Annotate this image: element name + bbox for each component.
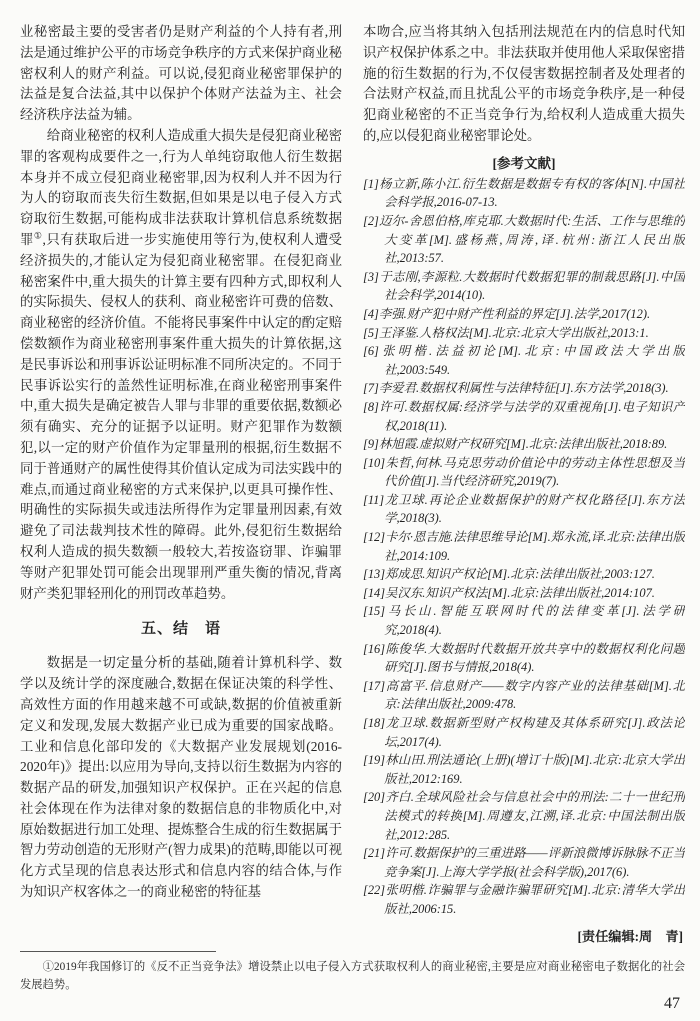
reference-item: [8]许可.数据权属:经济学与法学的双重视角[J].电子知识产权,2018(11… [363,398,685,435]
left-column: 业秘密最主要的受害者仍是财产利益的个人持有者,刑法是通过维护公平的市场竞争秩序的… [20,22,342,948]
responsible-editor-note: [责任编辑:周 青] [363,926,685,945]
right-column: 本吻合,应当将其纳入包括刑法规范在内的信息时代知识产权保护体系之中。非法获取并使… [363,22,685,948]
journal-page: 业秘密最主要的受害者仍是财产利益的个人持有者,刑法是通过维护公平的市场竞争秩序的… [0,0,700,1021]
reference-item: [10]朱哲,何林.马克思劳动价值论中的劳动主体性思想及当代价值[J].当代经济… [363,454,685,491]
body-paragraph: 给商业秘密的权利人造成重大损失是侵犯商业秘密罪的客观构成要件之一,行为人单纯窃取… [20,126,342,604]
reference-item: [4]李强.财产犯中财产性利益的界定[J].法学,2017(12). [363,305,685,324]
reference-item: [21]许可.数据保护的三重进路——评新浪微博诉脉脉不正当竞争案[J].上海大学… [363,844,685,881]
reference-item: [17]高富平.信息财产——数字内容产业的法律基础[M].北京:法律出版社,20… [363,677,685,714]
reference-item: [1]杨立新,陈小江.衍生数据是数据专有权的客体[N].中国社会科学报,2016… [363,175,685,212]
references-list: [1]杨立新,陈小江.衍生数据是数据专有权的客体[N].中国社会科学报,2016… [363,175,685,919]
reference-item: [11]龙卫球.再论企业数据保护的财产权化路径[J].东方法学,2018(3). [363,491,685,528]
reference-item: [16]陈俊华.大数据时代数据开放共享中的数据权利化问题研究[J].图书与情报,… [363,640,685,677]
reference-item: [13]郑成思.知识产权论[M].北京:法律出版社,2003:127. [363,565,685,584]
reference-item: [19]林山田.刑法通论(上册)(增订十版)[M].北京:北京大学出版社,201… [363,751,685,788]
reference-item: [2]迈尔-舍恩伯格,库克耶.大数据时代:生活、工作与思维的大变革[M].盛杨燕… [363,212,685,268]
paragraph-text-before-footnote: 给商业秘密的权利人造成重大损失是侵犯商业秘密罪的客观构成要件之一,行为人单纯窃取… [20,128,342,247]
footnote-text: ①2019年我国修订的《反不正当竞争法》增设禁止以电子侵入方式获取权利人的商业秘… [20,958,685,994]
reference-item: [6]张明楷.法益初论[M].北京:中国政法大学出版社,2003:549. [363,342,685,379]
reference-item: [3]于志刚,李源粒.大数据时代数据犯罪的制裁思路[J].中国社会科学,2014… [363,268,685,305]
reference-item: [18]龙卫球.数据新型财产权构建及其体系研究[J].政法论坛,2017(4). [363,714,685,751]
footnote-area: ①2019年我国修订的《反不正当竞争法》增设禁止以电子侵入方式获取权利人的商业秘… [20,951,685,994]
body-paragraph: 数据是一切定量分析的基础,随着计算机科学、数学以及统计学的深度融合,数据在保证决… [20,653,342,903]
reference-item: [20]齐白.全球风险社会与信息社会中的刑法:二十一世纪刑法模式的转换[M].周… [363,788,685,844]
reference-item: [14]吴汉东.知识产权法[M].北京:法律出版社,2014:107. [363,584,685,603]
reference-item: [7]李爱君.数据权利属性与法律特征[J].东方法学,2018(3). [363,379,685,398]
body-paragraph-continuation: 业秘密最主要的受害者仍是财产利益的个人持有者,刑法是通过维护公平的市场竞争秩序的… [20,22,342,126]
page-number: 47 [664,995,680,1013]
reference-item: [9]林旭霞.虚拟财产权研究[M].北京:法律出版社,2018:89. [363,435,685,454]
reference-item: [15]马长山.智能互联网时代的法律变革[J].法学研究,2018(4). [363,602,685,639]
reference-item: [22]张明楷.诈骗罪与金融诈骗罪研究[M].北京:清华大学出版社,2006:1… [363,881,685,918]
reference-item: [5]王泽鉴.人格权法[M].北京:北京大学出版社,2013:1. [363,324,685,343]
reference-item: [12]卡尔·恩吉施.法律思维导论[M].郑永流,译.北京:法律出版社,2014… [363,528,685,565]
paragraph-text-after-footnote: ,只有获取后进一步实施使用等行为,使权利人遭受经济损失的,才能认定为侵犯商业秘密… [20,232,342,601]
footnote-reference-marker: ① [34,231,43,241]
body-paragraph-continuation: 本吻合,应当将其纳入包括刑法规范在内的信息时代知识产权保护体系之中。非法获取并使… [363,22,685,147]
two-column-layout: 业秘密最主要的受害者仍是财产利益的个人持有者,刑法是通过维护公平的市场竞争秩序的… [20,22,685,948]
section-heading-conclusion: 五、结 语 [20,617,342,638]
footnote-divider [20,951,216,952]
references-heading: [参考文献] [363,152,685,172]
